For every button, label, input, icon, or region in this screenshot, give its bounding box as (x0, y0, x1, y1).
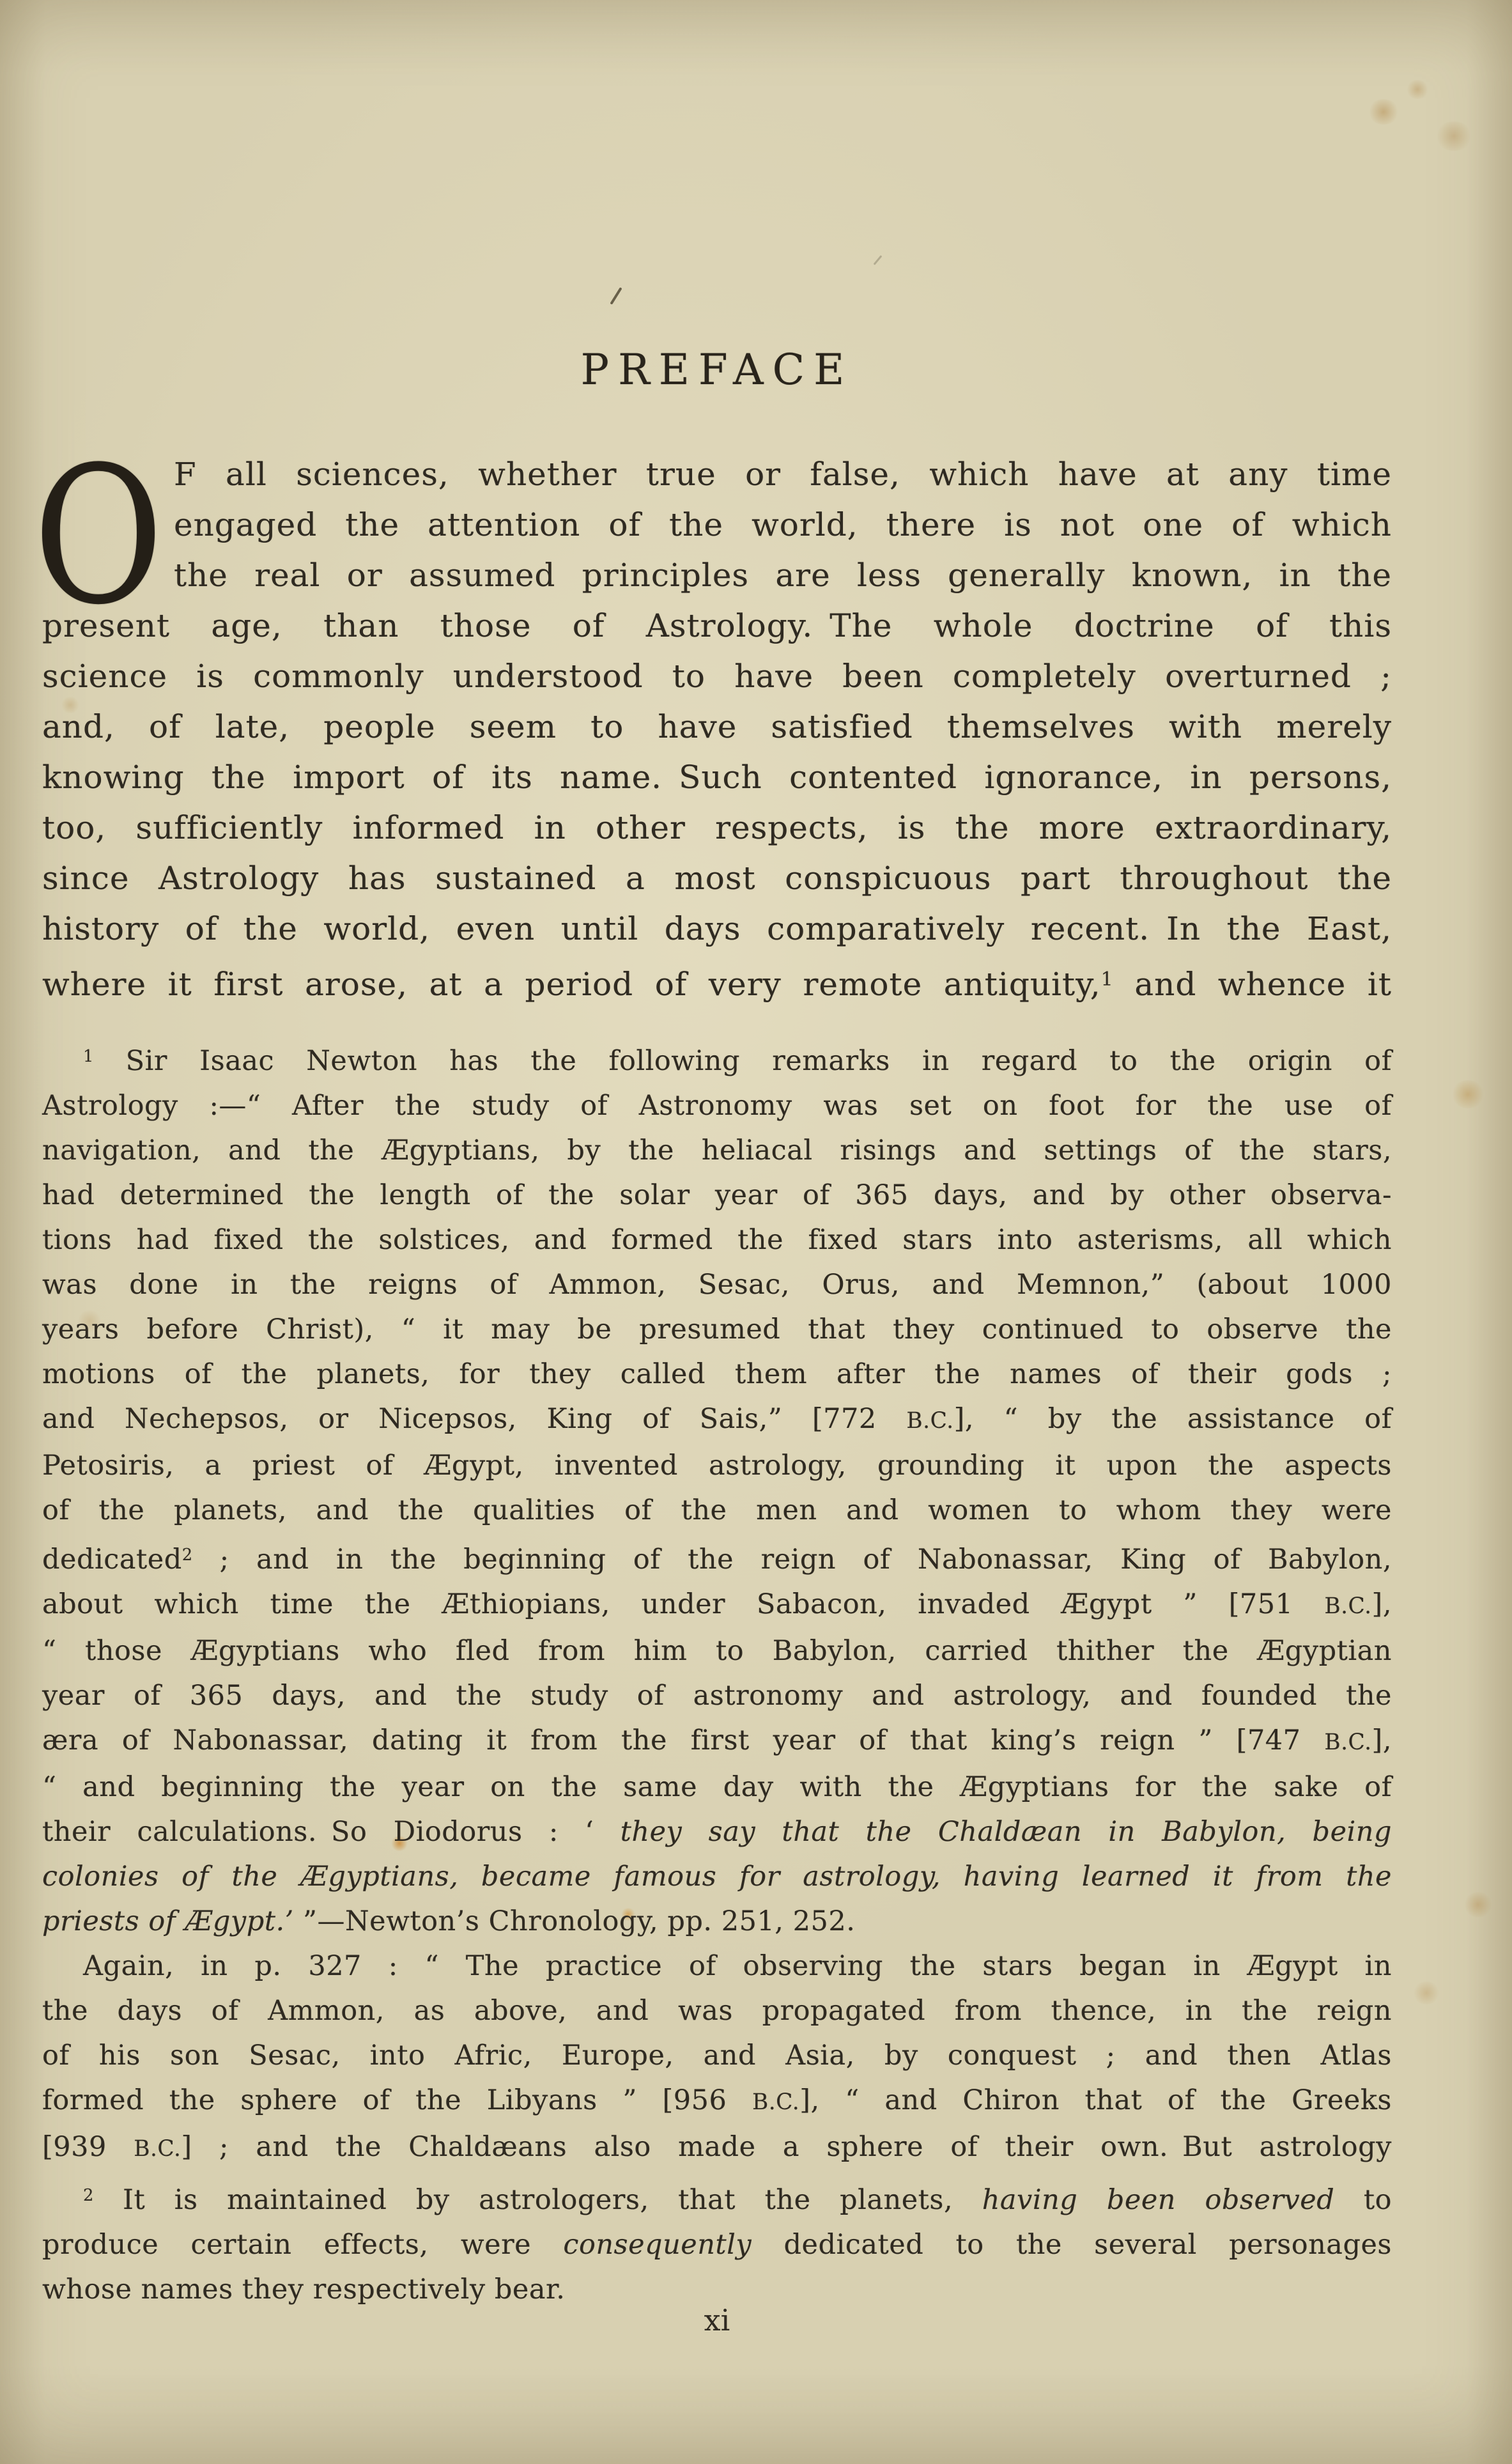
text-line: colonies of the Ægyptians, became famous… (42, 1854, 1392, 1899)
foxing-stain (1463, 1892, 1493, 1918)
text-line: “ and beginning the year on the same day… (42, 1765, 1392, 1809)
text-line: formed the sphere of the Libyans ” [956 … (42, 2078, 1392, 2125)
text-line: science is commonly understood to have b… (42, 651, 1392, 702)
text-line: their calculations. So Diodorus : ‘ they… (42, 1809, 1392, 1854)
text-line: and, of late, people seem to have satisf… (42, 702, 1392, 752)
main-paragraph: F all sciences, whether true or false, w… (42, 449, 1392, 1010)
stray-pen-mark (874, 255, 883, 265)
text-line: produce certain effects, were consequent… (42, 2222, 1392, 2267)
text-line: F all sciences, whether true or false, w… (174, 449, 1392, 500)
text-line: present age, than those of Astrology. Th… (42, 601, 1392, 651)
text-line: about which time the Æthiopians, under S… (42, 1582, 1392, 1629)
text-line: since Astrology has sustained a most con… (42, 853, 1392, 904)
text-line: navigation, and the Ægyptians, by the he… (42, 1128, 1392, 1173)
footnote-1: 1 Sir Isaac Newton has the following rem… (42, 1034, 1392, 2171)
text-line: the real or assumed principles are less … (174, 550, 1392, 601)
foxing-stain (1406, 80, 1429, 99)
text-line: engaged the attention of the world, ther… (174, 500, 1392, 550)
book-page-scan: PREFACE O F all sciences, whether true o… (0, 0, 1512, 2464)
text-line: knowing the import of its name. Such con… (42, 752, 1392, 803)
text-line: motions of the planets, for they called … (42, 1352, 1392, 1397)
stray-pen-mark (610, 287, 622, 305)
text-line: of his son Sesac, into Afric, Europe, an… (42, 2033, 1392, 2078)
text-line: where it first arose, at a period of ver… (42, 954, 1392, 1010)
text-line: tions had fixed the solstices, and forme… (42, 1218, 1392, 1262)
text-line: the days of Ammon, as above, and was pro… (42, 1988, 1392, 2033)
text-line: too, sufficiently informed in other resp… (42, 803, 1392, 853)
text-line: history of the world, even until days co… (42, 904, 1392, 954)
text-line: dedicated2 ; and in the beginning of the… (42, 1533, 1392, 1582)
text-line: priests of Ægypt.’ ”—Newton’s Chronology… (42, 1899, 1392, 1944)
text-line: Petosiris, a priest of Ægypt, invented a… (42, 1443, 1392, 1488)
text-line: was done in the reigns of Ammon, Sesac, … (42, 1262, 1392, 1307)
text-line: “ those Ægyptians who fled from him to B… (42, 1629, 1392, 1673)
foxing-stain (1412, 1981, 1440, 2004)
page-title: PREFACE (42, 345, 1392, 394)
text-line: year of 365 days, and the study of astro… (42, 1673, 1392, 1718)
text-line: had determined the length of the solar y… (42, 1173, 1392, 1218)
foxing-stain (1435, 121, 1473, 151)
foxing-stain (1451, 1080, 1485, 1108)
page-number: xi (42, 2301, 1392, 2339)
text-line: years before Christ), “ it may be presum… (42, 1307, 1392, 1352)
text-line: 1 Sir Isaac Newton has the following rem… (42, 1034, 1392, 1083)
text-line: æra of Nabonassar, dating it from the fi… (42, 1718, 1392, 1765)
text-line: 2 It is maintained by astrologers, that … (42, 2173, 1392, 2222)
text-line: [939 B.C.] ; and the Chaldæans also made… (42, 2125, 1392, 2171)
text-line: of the planets, and the qualities of the… (42, 1488, 1392, 1533)
footnote-2: 2 It is maintained by astrologers, that … (42, 2173, 1392, 2312)
text-line: and Nechepsos, or Nicepsos, King of Sais… (42, 1397, 1392, 1443)
text-line: Again, in p. 327 : “ The practice of obs… (42, 1944, 1392, 1988)
text-line: Astrology :—“ After the study of Astrono… (42, 1083, 1392, 1128)
foxing-stain (1368, 99, 1400, 125)
